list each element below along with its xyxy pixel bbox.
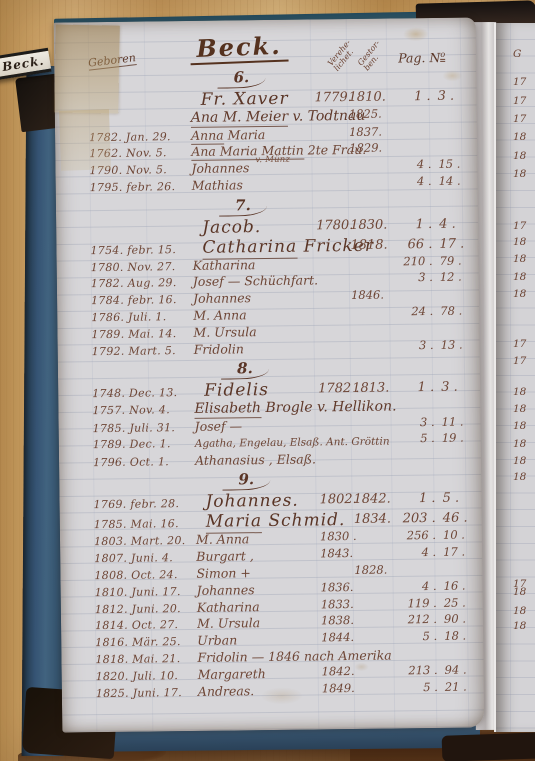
number-ref: 90 . <box>437 612 483 627</box>
name-text: Margareth <box>198 666 266 682</box>
married-year: 1838. <box>321 613 355 627</box>
number-ref: 17 . <box>436 545 482 560</box>
born-date: 1780. Nov. 27. <box>91 260 193 274</box>
next-page-text-fragment: 18 <box>513 420 526 432</box>
number-ref <box>436 572 482 573</box>
next-page-text-fragment: 18 <box>513 586 526 598</box>
born-date: 1820. Juli. 10. <box>96 669 198 683</box>
page-ref: 1 . <box>392 380 434 396</box>
born-date: 1789. Mai. 14. <box>91 327 193 341</box>
died-year: 1818. <box>350 237 390 252</box>
page-ref <box>389 151 431 152</box>
number-ref: 78 . <box>433 304 479 319</box>
married-year: 1842. <box>322 664 356 678</box>
name-text: Andreas. <box>198 683 254 699</box>
page-ref <box>391 332 433 333</box>
page-ref: 1 . <box>393 491 435 507</box>
person-name: M. Ursula <box>197 615 321 632</box>
next-page-text-fragment: 17 <box>513 355 526 367</box>
next-page-edge: G171717181818171818181817171818181818181… <box>494 23 535 732</box>
book-corner-shadow-bottom-right <box>442 732 535 761</box>
number-ref: 3 . <box>431 88 477 104</box>
name-text: Fridolin <box>194 341 244 357</box>
born-date: 1818. Mai. 21. <box>95 652 197 666</box>
page-ref: 213 . <box>396 663 438 678</box>
married-year: 1844. <box>321 630 355 644</box>
next-page-text-fragment: 18 <box>513 386 526 398</box>
next-page-text-fragment: 18 <box>513 236 526 248</box>
next-page-text-fragment: 17 <box>513 95 526 107</box>
born-date: 1816. Mär. 25. <box>95 635 197 649</box>
married-year: 1782 . <box>318 381 352 396</box>
number-ref: 94 . <box>438 662 484 677</box>
next-page-text-fragment: 18 <box>513 131 526 143</box>
page-ref <box>389 135 431 136</box>
name-text: Jacob. <box>202 217 261 238</box>
born-date <box>90 233 192 234</box>
section-number: 9. <box>222 470 270 491</box>
photo-of-register-book: Beck. G171717181818171818181817171818181… <box>0 0 535 761</box>
person-name: Maria Schmid. <box>196 511 320 533</box>
born-date: 1754. febr. 15. <box>90 243 192 257</box>
section-number: 8. <box>221 359 269 380</box>
index-tab-label: Beck. <box>1 54 45 74</box>
person-name: Anna Maria <box>191 126 315 143</box>
number-ref: 16 . <box>437 578 483 593</box>
name-text: Athanasius , Elsaß. <box>195 451 316 467</box>
page-ref <box>393 460 435 461</box>
born-date: 1795. febr. 26. <box>90 180 192 194</box>
died-year: 1830. <box>350 217 390 232</box>
number-ref: 21 . <box>438 679 484 694</box>
number-ref: 17 . <box>432 236 478 252</box>
page-ref: 4 . <box>394 545 436 560</box>
number-ref: 13 . <box>434 337 480 352</box>
born-date: 1757. Nov. 4. <box>92 403 194 417</box>
married-year: 1830 . <box>320 529 354 543</box>
person-name: Josef — Schüchfart. <box>193 273 317 290</box>
page-ref <box>395 657 437 658</box>
page-ref <box>391 298 433 299</box>
name-text: Johannes <box>191 160 249 176</box>
person-name: Andreas. <box>198 682 322 699</box>
person-name: M. Ursula <box>193 323 317 340</box>
section-number: 7. <box>219 196 267 217</box>
person-name: Josef — <box>195 417 319 434</box>
died-year: 1810. <box>349 90 389 105</box>
number-ref: 4 . <box>432 216 478 232</box>
name-text: Mathias <box>192 177 243 193</box>
name-text: Maria <box>224 127 266 143</box>
number-ref: 12 . <box>433 270 479 285</box>
born-date: 1803. Mart. 20. <box>94 534 196 548</box>
person-name: Johannes <box>193 290 317 307</box>
person-name: Fr. Xaver <box>191 88 315 110</box>
page-ref <box>394 573 436 574</box>
died-year: 1825. <box>349 107 389 121</box>
number-ref: 79 . <box>433 253 479 268</box>
page-ref: 3 . <box>391 270 433 285</box>
next-page-text-fragment: 18 <box>513 438 526 450</box>
tape-remnant-lower <box>59 109 111 171</box>
register-page: Geboren Beck. Verehe- lichet. Gestor- be… <box>54 17 485 732</box>
name-text: Burgart , <box>196 548 254 564</box>
name-text: M. Anna <box>193 307 247 323</box>
person-name: Jacob. <box>192 216 316 238</box>
number-ref <box>431 116 477 117</box>
page-ref: 4 . <box>390 174 432 189</box>
person-name: M. Anna <box>196 531 320 548</box>
page-ref: 5 . <box>393 431 435 446</box>
married-year: 1836. <box>321 580 355 594</box>
born-date: 1785. Juli. 31. <box>93 421 195 435</box>
born-date: 1789. Dec. 1. <box>93 437 195 451</box>
next-page-text-fragment: 18 <box>513 471 526 483</box>
name-text: Johannes. <box>205 491 298 512</box>
name-text: M. Anna <box>196 532 250 548</box>
person-name: Margareth <box>198 665 322 682</box>
page-ref: 1 . <box>389 89 431 105</box>
next-page-text-fragment: G <box>513 48 521 60</box>
person-name: Johannes <box>197 581 321 598</box>
next-page-text-fragment: 18 <box>513 403 526 415</box>
person-name: Fidelis <box>194 380 318 402</box>
born-date: 1810. Juni. 17. <box>95 585 197 599</box>
name-text: Urban <box>197 633 237 648</box>
name-underlined: Elisabeth <box>194 401 261 420</box>
name-text: Josef — <box>195 418 243 434</box>
born-date: 1748. Dec. 13. <box>92 386 194 400</box>
number-ref <box>434 408 480 409</box>
number-ref <box>435 459 481 460</box>
next-page-text-fragment: 17 <box>513 338 526 350</box>
number-ref <box>433 331 479 332</box>
person-name: Catharina Fricker <box>192 236 316 258</box>
next-page-text-fragment: 18 <box>513 605 526 617</box>
died-year: 1834. <box>354 512 394 527</box>
number-ref <box>431 151 477 152</box>
born-date: 1782. Aug. 29. <box>91 276 193 290</box>
name-text: Schmid. <box>262 510 346 531</box>
born-date: 1796. Oct. 1. <box>93 454 195 468</box>
born-date: 1792. Mart. 5. <box>92 344 194 358</box>
number-ref: 3 . <box>434 380 480 396</box>
died-year: 1813. <box>352 381 392 396</box>
person-name: Johannes <box>191 160 315 177</box>
born-date: 1769. febr. 28. <box>93 497 195 511</box>
surname-heading: Beck. <box>171 30 306 64</box>
born-date: 1807. Juni. 4. <box>94 551 196 565</box>
name-text: Simon + <box>196 565 251 581</box>
person-name: Elisabeth Brogle v. Hellikon. <box>194 400 318 418</box>
person-name: Katharina <box>197 598 321 615</box>
name-text: Brogle v. Hellikon. <box>261 399 397 417</box>
number-ref <box>437 656 483 657</box>
name-text: Johannes <box>193 290 251 306</box>
born-date: 1814. Oct. 27. <box>95 618 197 632</box>
born-date: 1785. Mai. 16. <box>94 517 196 531</box>
number-ref: 5 . <box>435 491 481 507</box>
number-ref: 19 . <box>435 430 481 445</box>
next-page-text-fragment: 18 <box>513 271 526 283</box>
next-page-text-fragment: 18 <box>513 288 526 300</box>
died-year: 1828. <box>354 562 394 576</box>
page-ref: 3 . <box>392 338 434 353</box>
page-ref: 3 . <box>393 415 435 430</box>
name-text: Agatha, Engelau, Elsaß. Ant. Gröttin <box>195 435 390 449</box>
born-date: 1825. Juni. 17. <box>96 685 198 699</box>
name-text: M. Ursula <box>193 324 256 340</box>
page-ref: 1 . <box>390 217 432 233</box>
next-page-text-fragment: 18 <box>513 455 526 467</box>
number-ref <box>431 134 477 135</box>
died-year: 1846. <box>351 288 391 302</box>
page-ref: 210 . <box>391 254 433 269</box>
number-ref: 25 . <box>437 595 483 610</box>
page-ref: 256 . <box>394 528 436 543</box>
page-ref: 5 . <box>395 629 437 644</box>
number-ref: 46 . <box>436 511 482 527</box>
person-name: Simon + <box>196 564 320 581</box>
person-name: M. Anna <box>193 306 317 323</box>
person-name: Johannes. <box>195 491 319 513</box>
number-ref: 10 . <box>436 528 482 543</box>
section-number: 6. <box>217 68 265 89</box>
page-ref: 212 . <box>395 612 437 627</box>
page-ref: 203 . <box>394 511 436 527</box>
page-ref <box>389 117 431 118</box>
name-text: Fridolin — 1846 nach Amerika <box>197 647 391 664</box>
number-ref: 18 . <box>437 629 483 644</box>
born-date: 1812. Juni. 20. <box>95 601 197 615</box>
person-name: Mathias <box>192 176 316 193</box>
next-page-text-fragment: 18 <box>513 168 526 180</box>
register-table: 6.Fr. Xaver1779.1810.1 .3 .Ana M. Meier … <box>54 63 484 701</box>
person-name: Katharina <box>193 256 317 273</box>
name-underlined: Ana M. Meier <box>191 109 288 128</box>
next-page-text-fragment: 17 <box>513 220 526 232</box>
person-name: Ana M. Meier v. Todtnau <box>191 108 315 126</box>
person-name: Agatha, Engelau, Elsaß. Ant. Gröttin <box>195 436 319 450</box>
name-text: Katharina <box>193 257 256 273</box>
married-year: 1843. <box>320 546 354 560</box>
next-page-text-fragment: 18 <box>513 253 526 265</box>
page-ref: 5 . <box>396 679 438 694</box>
born-date: 1784. febr. 16. <box>91 293 193 307</box>
number-ref <box>433 298 479 299</box>
name-text: Fr. Xaver <box>201 89 289 110</box>
number-ref: 14 . <box>432 173 478 188</box>
name-text: M. Ursula <box>197 615 260 631</box>
died-year: 1829. <box>349 141 389 155</box>
married-year: 1802. <box>319 492 353 507</box>
next-page-text-fragment: 17 <box>513 113 526 125</box>
person-name: Urban <box>197 632 321 649</box>
born-date: 1808. Oct. 24. <box>94 568 196 582</box>
name-underlined: Anna <box>191 127 224 144</box>
married-year: 1779. <box>315 90 349 105</box>
next-page-text-fragment: 18 <box>513 150 526 162</box>
person-name: Fridolin — 1846 nach Amerika <box>197 648 321 665</box>
page-ref: 4 . <box>389 157 431 172</box>
page-ref: 24 . <box>391 304 433 319</box>
next-page-text-fragment: 17 <box>513 76 526 88</box>
died-year: 1842. <box>353 492 393 507</box>
name-text: Johannes <box>197 582 255 598</box>
person-name: Fridolin <box>194 340 318 357</box>
name-text: Josef — Schüchfart. <box>193 273 318 290</box>
page-ref <box>392 408 434 409</box>
married-year: 1833. <box>321 597 355 611</box>
person-name: Ana Maria Mattin 2te Frau.v. Münz <box>191 143 315 160</box>
page-ref: 4 . <box>395 579 437 594</box>
page-ref: 119 . <box>395 596 437 611</box>
tape-remnant-upper <box>54 24 120 113</box>
next-page-text-fragment: 18 <box>513 620 526 632</box>
died-year: 1837. <box>349 124 389 138</box>
number-ref: 15 . <box>431 157 477 172</box>
person-name: Athanasius , Elsaß. <box>195 451 319 468</box>
name-text: Fidelis <box>204 380 269 401</box>
page-ref: 66 . <box>390 237 432 253</box>
married-year: 1849. <box>322 680 356 694</box>
married-year: 1780. <box>316 218 350 233</box>
number-ref: 11 . <box>435 414 481 429</box>
person-name: Burgart , <box>196 548 320 565</box>
born-date: 1786. Juli. 1. <box>91 310 193 324</box>
name-text: Katharina <box>197 599 260 615</box>
